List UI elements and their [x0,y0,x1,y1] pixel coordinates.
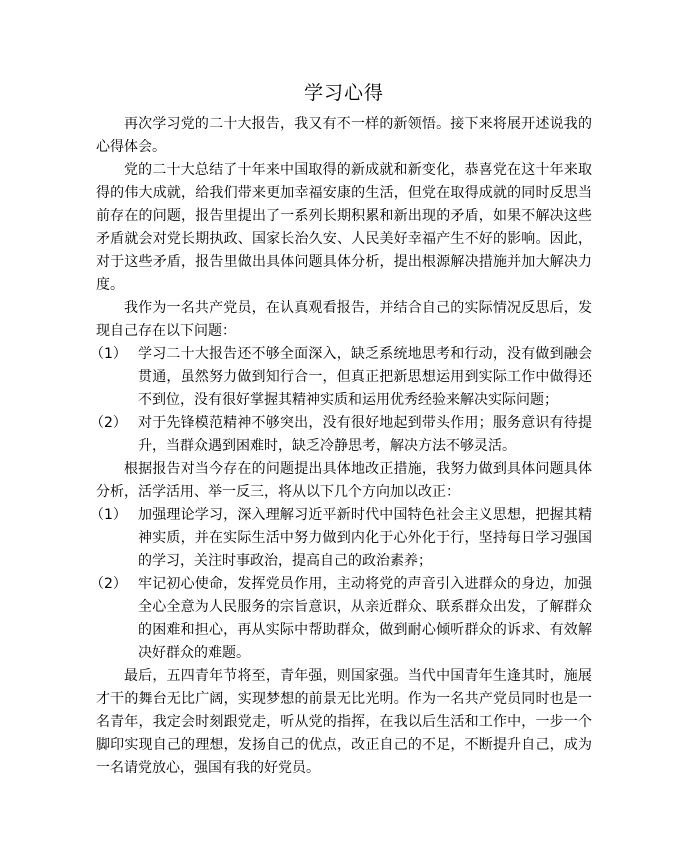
list-item-marker: （1） [90,504,127,527]
list-item-text: 牢记初心使命，发挥党员作用，主动将党的声音引入进群众的身边，加强全心全意为人民服… [138,576,592,661]
document-page: { "colors": { "background": "#ffffff", "… [0,0,688,853]
paragraph: 最后，五四青年节将至，青年强，则国家强。当代中国青年生逢其时，施展才干的舞台无比… [96,665,592,780]
document-body: 再次学习党的二十大报告，我又有不一样的新领悟。接下来将展开述说我的心得体会。党的… [96,113,592,780]
list-item: （2）牢记初心使命，发挥党员作用，主动将党的声音引入进群众的身边，加强全心全意为… [96,573,592,665]
document-content: 学习心得 再次学习党的二十大报告，我又有不一样的新领悟。接下来将展开述说我的心得… [96,80,592,780]
paragraph: 党的二十大总结了十年来中国取得的新成就和新变化，恭喜党在这十年来取得的伟大成就，… [96,159,592,297]
list-item-text: 对于先锋模范精神不够突出，没有很好地起到带头作用；服务意识有待提升，当群众遇到困… [138,415,592,454]
list-item: （1）加强理论学习，深入理解习近平新时代中国特色社会主义思想，把握其精神实质，并… [96,504,592,573]
document-title: 学习心得 [96,80,592,106]
paragraph: 再次学习党的二十大报告，我又有不一样的新领悟。接下来将展开述说我的心得体会。 [96,113,592,159]
list-item-marker: （1） [90,343,127,366]
list-item: （2）对于先锋模范精神不够突出，没有很好地起到带头作用；服务意识有待提升，当群众… [96,412,592,458]
list-item-text: 加强理论学习，深入理解习近平新时代中国特色社会主义思想，把握其精神实质，并在实际… [138,507,592,569]
list-item-marker: （2） [90,573,127,596]
list-item: （1）学习二十大报告还不够全面深入，缺乏系统地思考和行动，没有做到融会贯通，虽然… [96,343,592,412]
paragraph: 我作为一名共产党员，在认真观看报告，并结合自己的实际情况反思后，发现自己存在以下… [96,297,592,343]
list-item-text: 学习二十大报告还不够全面深入，缺乏系统地思考和行动，没有做到融会贯通，虽然努力做… [138,346,592,408]
list-item-marker: （2） [90,412,127,435]
paragraph: 根据报告对当今存在的问题提出具体地改正措施，我努力做到具体问题具体分析，活学活用… [96,458,592,504]
